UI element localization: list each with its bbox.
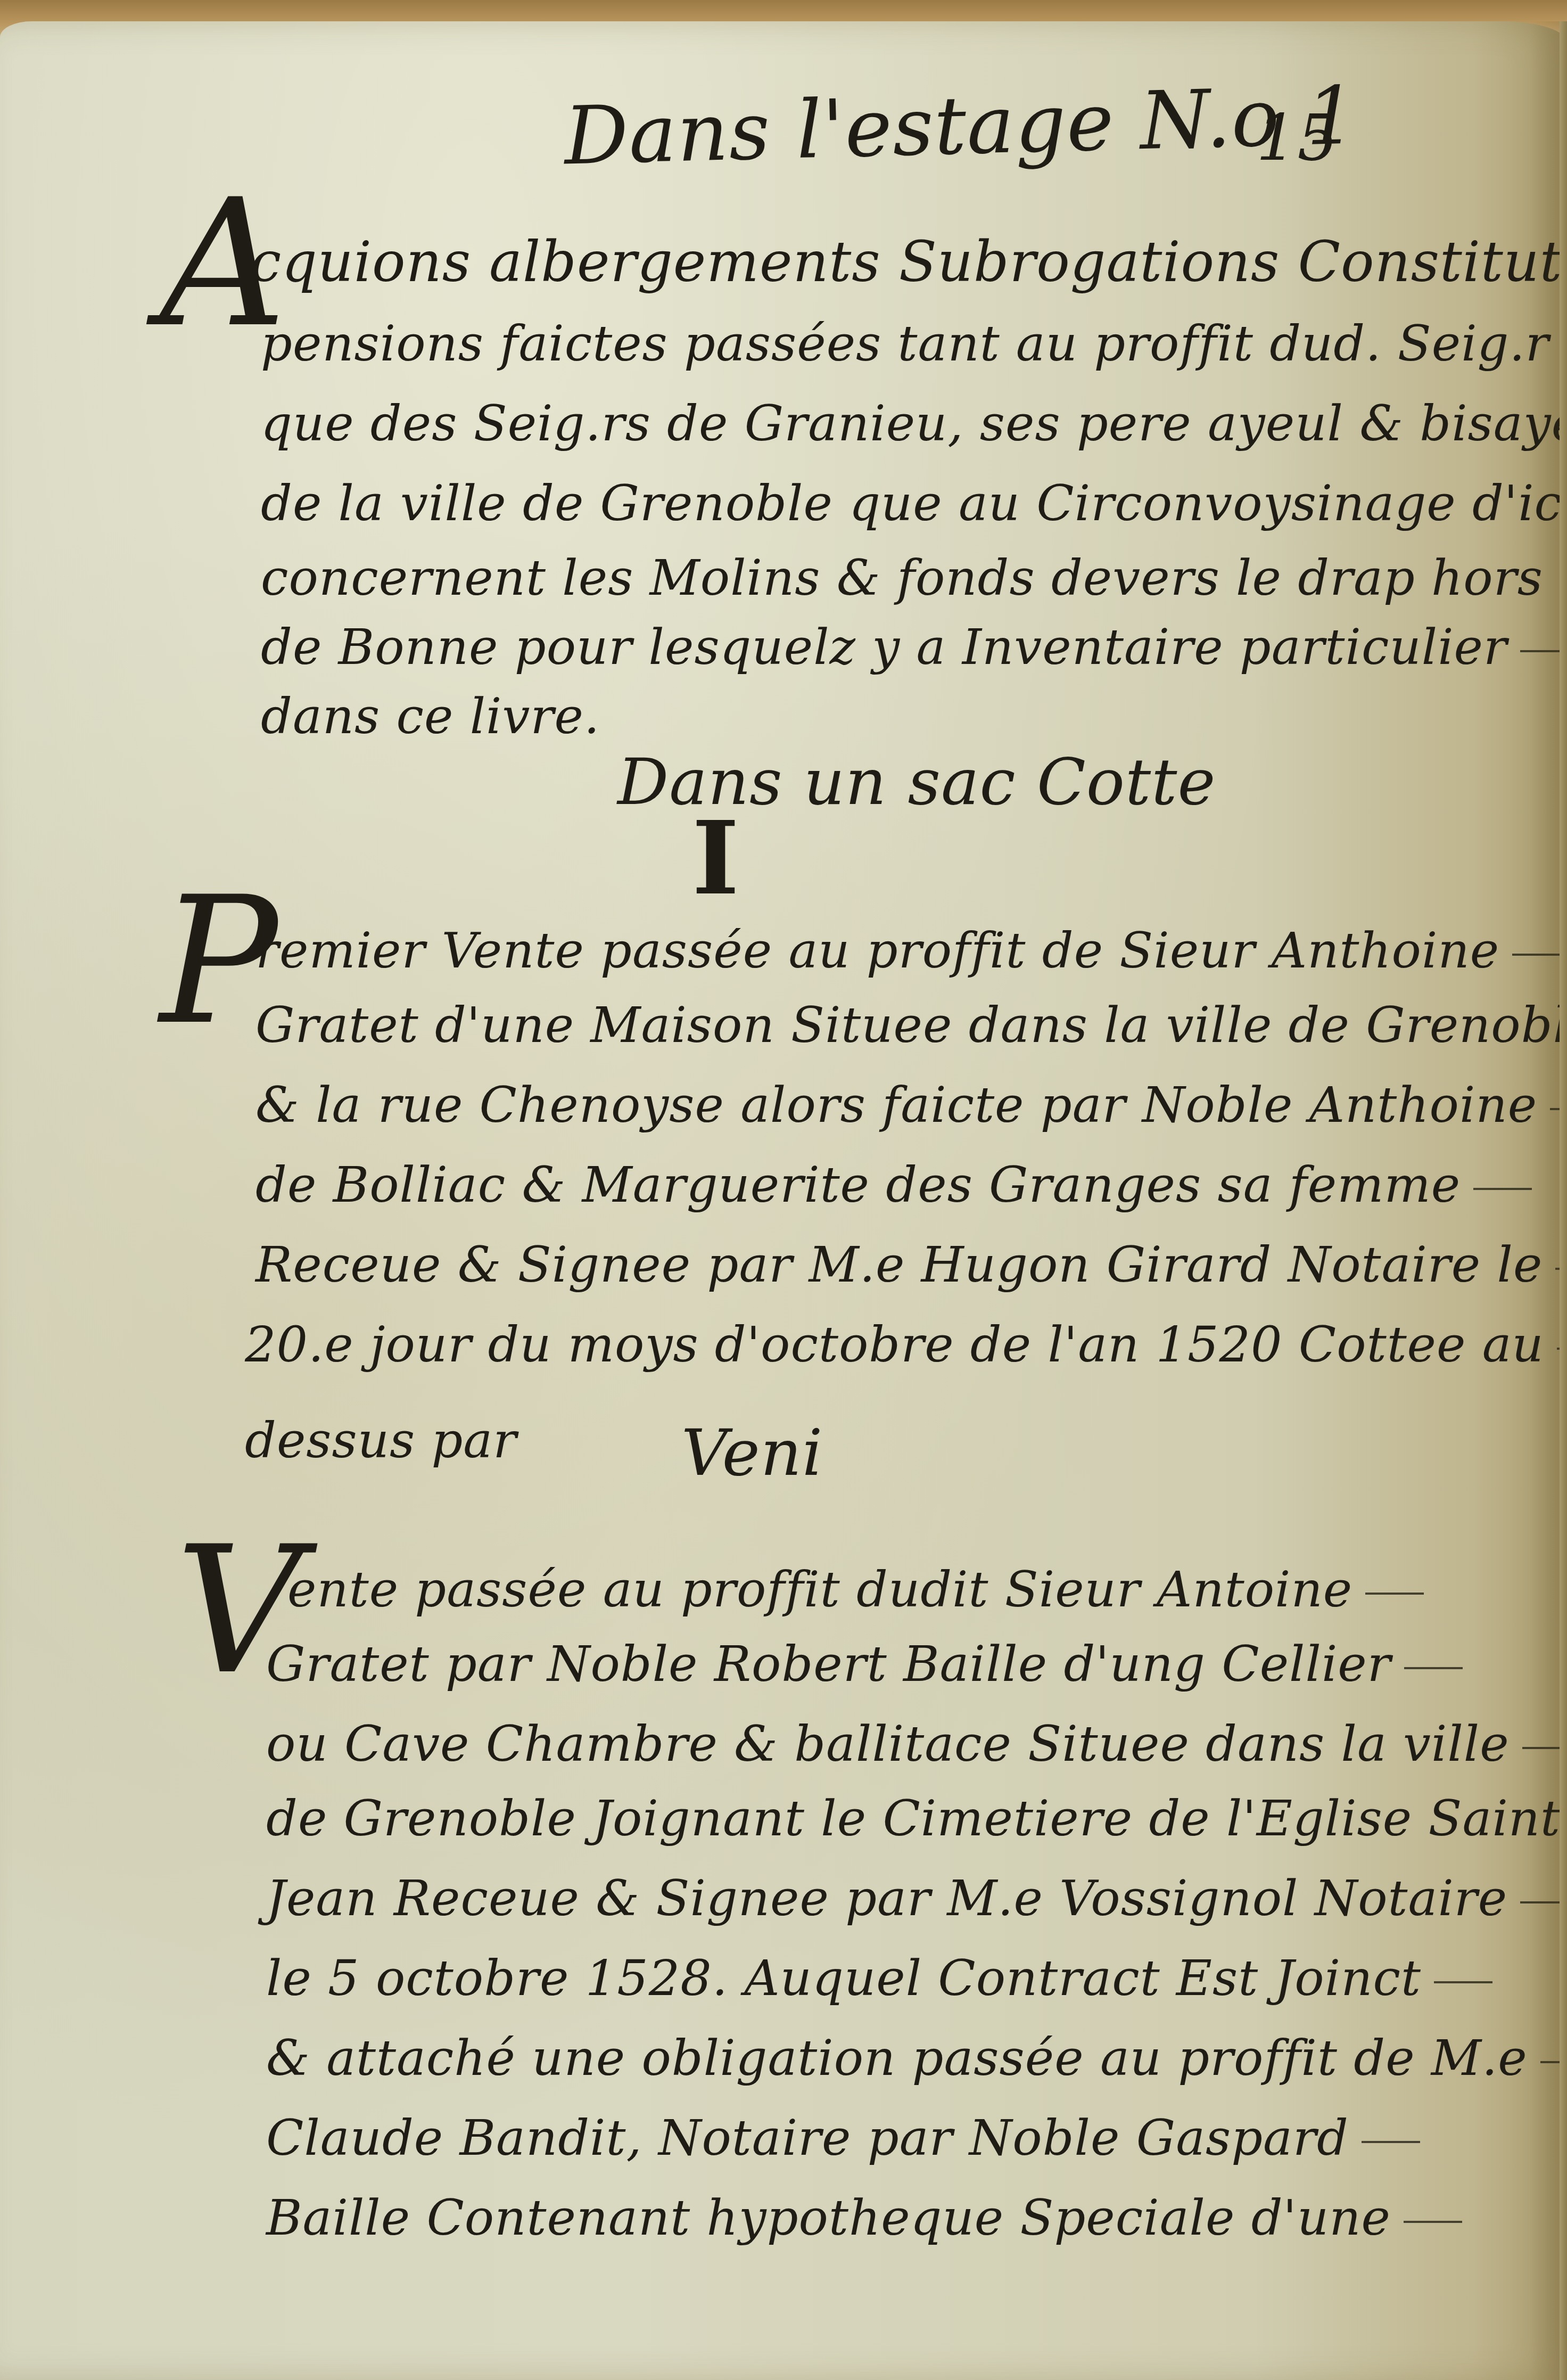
entry-1-line-7: dessus par [245, 1416, 517, 1465]
line-filler-dash [1434, 1981, 1492, 1983]
intro-line-2: pensions faictes passées tant au proffit… [261, 319, 1567, 368]
line-filler-dash [1404, 2221, 1462, 2223]
line-filler-dash [1512, 954, 1567, 956]
intro-line-3: que des Seig.rs de Granieu, ses pere aye… [261, 399, 1567, 448]
entry-2-line-6: le 5 octobre 1528. Auquel Contract Est J… [266, 1954, 1492, 2003]
facing-page-edge [1560, 21, 1567, 2380]
page-header-title: Dans l'estage N.o 1 [563, 70, 1358, 183]
intro-line-7: dans ce livre. [261, 692, 600, 741]
page-number: 15 [1256, 101, 1339, 175]
entry-2-line-3: ou Cave Chambre & ballitace Situee dans … [266, 1720, 1567, 1769]
line-filler-dash [1404, 1667, 1463, 1669]
entry-1-line-4: de Bolliac & Marguerite des Granges sa f… [255, 1161, 1532, 1210]
line-filler-dash [1473, 1188, 1532, 1190]
entry-1-line-1: remier Vente passée au proffit de Sieur … [255, 926, 1567, 975]
intro-line-6: de Bonne pour lesquelz y a Inventaire pa… [261, 623, 1567, 672]
manuscript-page: Dans l'estage N.o 1 15 A cquions alberge… [0, 21, 1567, 2380]
line-filler-dash [1362, 2141, 1420, 2143]
entry-2-line-4: de Grenoble Joignant le Cimetiere de l'E… [266, 1794, 1567, 1843]
entry-2-line-8: Claude Bandit, Notaire par Noble Gaspard [266, 2114, 1420, 2163]
entry-1-line-3: & la rue Chenoyse alors faicte par Noble… [255, 1081, 1567, 1130]
entry-2-line-5: Jean Receue & Signee par M.e Vossignol N… [266, 1874, 1567, 1923]
intro-line-1: cquions albergements Subrogations Consti… [250, 234, 1567, 290]
line-filler-dash [1365, 1593, 1424, 1595]
entry-2-line-7: & attaché une obligation passée au proff… [266, 2034, 1567, 2083]
entry-1-line-2: Gratet d'une Maison Situee dans la ville… [255, 1001, 1567, 1050]
entry-1-line-5: Receue & Signee par M.e Hugon Girard Not… [255, 1241, 1567, 1290]
entry-1-margin-note: Veni [681, 1416, 823, 1490]
entry-1-line-6: 20.e jour du moys d'octobre de l'an 1520… [245, 1320, 1567, 1369]
entry-2-line-2: Gratet par Noble Robert Baille d'ung Cel… [266, 1640, 1463, 1689]
entry-number: I [692, 799, 740, 917]
intro-line-5: concernent les Molins & fonds devers le … [261, 554, 1567, 603]
entry-2-line-1: ente passée au proffit dudit Sieur Antoi… [287, 1565, 1424, 1614]
entry-2-line-9: Baille Contenant hypotheque Speciale d'u… [266, 2194, 1462, 2243]
intro-line-4: de la ville de Grenoble que au Circonvoy… [261, 479, 1567, 528]
